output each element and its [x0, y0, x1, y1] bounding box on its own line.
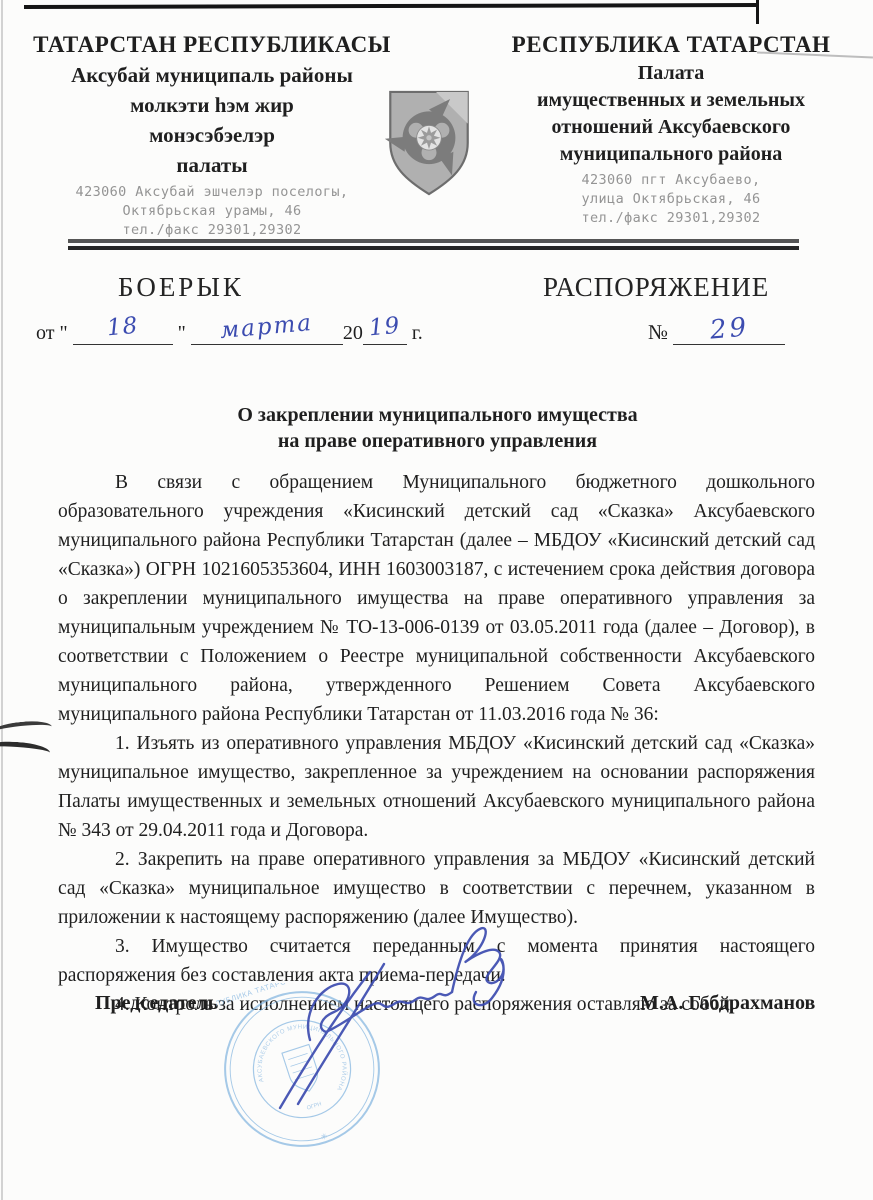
- signature-scribble: [252, 912, 532, 1122]
- doc-type-tatar: БОЕРЫК: [118, 272, 244, 303]
- letterhead-tatar-org-line: Аксубай муниципаль районы: [28, 60, 396, 90]
- letterhead-tatar-org-line: молкэти һэм жир: [28, 90, 396, 120]
- letterhead-russian-org-line: отношений Аксубаевского: [478, 114, 864, 141]
- divider-rule-bottom: [68, 246, 799, 250]
- letterhead-tatar-address: 423060 Аксубай эшчелэр поселогы, Октябрь…: [28, 183, 396, 240]
- number-field: 29: [673, 314, 785, 345]
- letterhead-tatar-org-line: монэсэбэелэр: [28, 120, 396, 150]
- date-month-field: марта: [191, 314, 343, 345]
- letterhead-russian-org-line: имущественных и земельных: [478, 87, 864, 114]
- scanned-document-page: ТАТАРСТАН РЕСПУБЛИКАСЫ Аксубай муниципал…: [0, 0, 873, 1200]
- scan-edge-corner: [756, 0, 759, 24]
- date-year-suffix: г.: [412, 322, 423, 344]
- date-line: от " 18 " марта2019 г.: [36, 314, 423, 345]
- document-title: О закреплении муниципального имущества н…: [60, 402, 815, 454]
- address-line: 423060 пгт Аксубаево,: [478, 171, 864, 190]
- letterhead-russian: РЕСПУБЛИКА ТАТАРСТАН Палата имущественны…: [478, 30, 864, 228]
- date-century: 20: [343, 322, 363, 344]
- body-paragraph: 1. Изъять из оперативного управления МБД…: [58, 729, 815, 845]
- date-prefix: от: [36, 322, 54, 344]
- scan-artifact-mark: [0, 719, 53, 741]
- handwritten-number: 29: [709, 312, 751, 345]
- date-year-field: 19: [363, 314, 407, 345]
- handwritten-month: марта: [219, 310, 314, 344]
- letterhead-tatar-org-line: палаты: [28, 150, 396, 180]
- scan-artifact-mark: [0, 740, 51, 762]
- address-line: 423060 Аксубай эшчелэр поселогы,: [28, 183, 396, 202]
- letterhead-tatar-republic: ТАТАРСТАН РЕСПУБЛИКАСЫ: [28, 30, 396, 60]
- signer-name: М.А. Габдрахманов: [640, 992, 815, 1015]
- handwritten-day: 18: [106, 313, 139, 342]
- date-quote-open: ": [59, 322, 67, 344]
- handwritten-year: 19: [368, 313, 401, 342]
- address-line: улица Октябрьская, 46: [478, 190, 864, 209]
- signer-position: Председатель: [95, 992, 218, 1015]
- title-line-2: на праве оперативного управления: [60, 428, 815, 454]
- letterhead-russian-org-line: муниципального района: [478, 141, 864, 168]
- address-line: Октябрьская урамы, 46: [28, 202, 396, 221]
- letterhead-russian-org-line: Палата: [478, 60, 864, 87]
- address-line: тел./факс 29301,29302: [28, 221, 396, 240]
- doc-type-russian: РАСПОРЯЖЕНИЕ: [543, 272, 769, 303]
- number-label: №: [648, 320, 668, 344]
- date-day-field: 18: [73, 314, 173, 345]
- letterhead-russian-address: 423060 пгт Аксубаево, улица Октябрьская,…: [478, 171, 864, 228]
- title-line-1: О закреплении муниципального имущества: [60, 402, 815, 428]
- letterhead-tatar: ТАТАРСТАН РЕСПУБЛИКАСЫ Аксубай муниципал…: [28, 30, 396, 240]
- number-line: № 29: [648, 314, 785, 345]
- scan-edge-left: [1, 0, 3, 1200]
- coat-of-arms-icon: [385, 88, 473, 203]
- divider-rule-top: [68, 239, 799, 243]
- address-line: тел./факс 29301,29302: [478, 209, 864, 228]
- letterhead-russian-republic: РЕСПУБЛИКА ТАТАРСТАН: [478, 30, 864, 60]
- scan-edge-top: [24, 3, 758, 9]
- body-paragraph: В связи с обращением Муниципального бюдж…: [58, 468, 815, 729]
- date-quote-close: ": [178, 322, 186, 344]
